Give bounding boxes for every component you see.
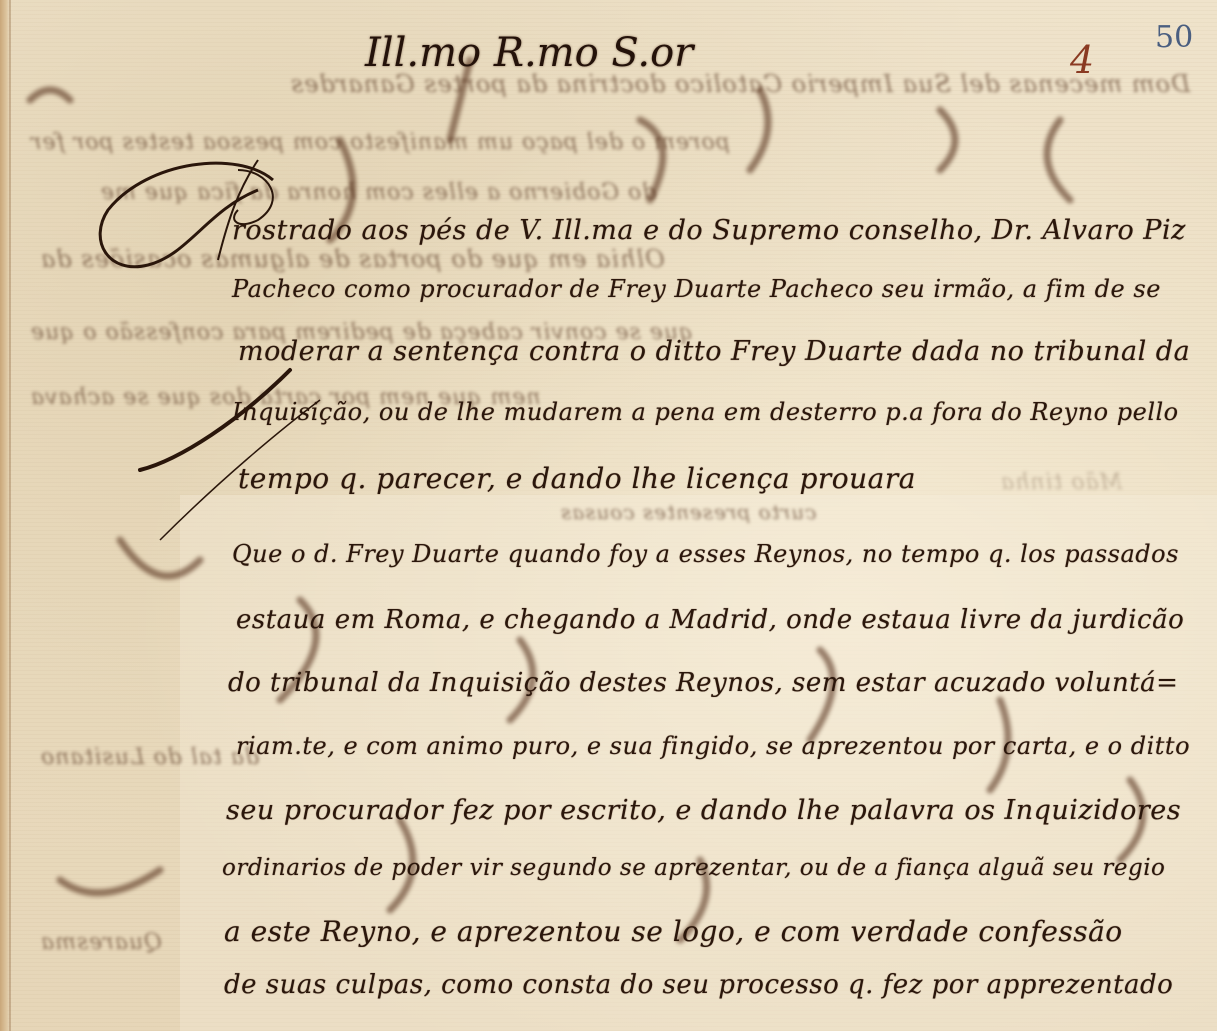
manuscript-line-4: Inquisição, ou de lhe mudarem a pena em … — [232, 398, 1179, 426]
manuscript-line-3: moderar a sentença contra o ditto Frey D… — [238, 336, 1190, 367]
manuscript-line-10: seu procurador fez por escrito, e dando … — [226, 795, 1181, 826]
manuscript-line-2: Pacheco como procurador de Frey Duarte P… — [232, 275, 1161, 303]
manuscript-line-12: a este Reyno, e aprezentou se logo, e co… — [224, 915, 1123, 948]
pen-flourish — [120, 360, 420, 560]
salutation-heading: Ill.mo R.mo S.or — [365, 30, 693, 76]
manuscript-line-9: riam.te, e com animo puro, e sua fingido… — [236, 732, 1190, 760]
manuscript-page: Dom mecenas del Sua Imperio Catolico doc… — [0, 0, 1217, 1031]
manuscript-line-13: de suas culpas, como consta do seu proce… — [224, 970, 1173, 1000]
manuscript-line-8: do tribunal da Inquisição destes Reynos,… — [228, 668, 1178, 698]
folio-number-blue: 50 — [1155, 20, 1193, 55]
manuscript-line-11: ordinarios de poder vir segundo se aprez… — [222, 855, 1165, 881]
manuscript-line-5: tempo q. parecer, e dando lhe licença pr… — [238, 462, 916, 495]
manuscript-line-6: Que o d. Frey Duarte quando foy a esses … — [232, 540, 1179, 568]
manuscript-line-7: estaua em Roma, e chegando a Madrid, ond… — [236, 605, 1184, 635]
manuscript-line-1: rostrado aos pés de V. Ill.ma e do Supre… — [232, 215, 1186, 246]
folio-number-red: 4 — [1070, 38, 1094, 82]
